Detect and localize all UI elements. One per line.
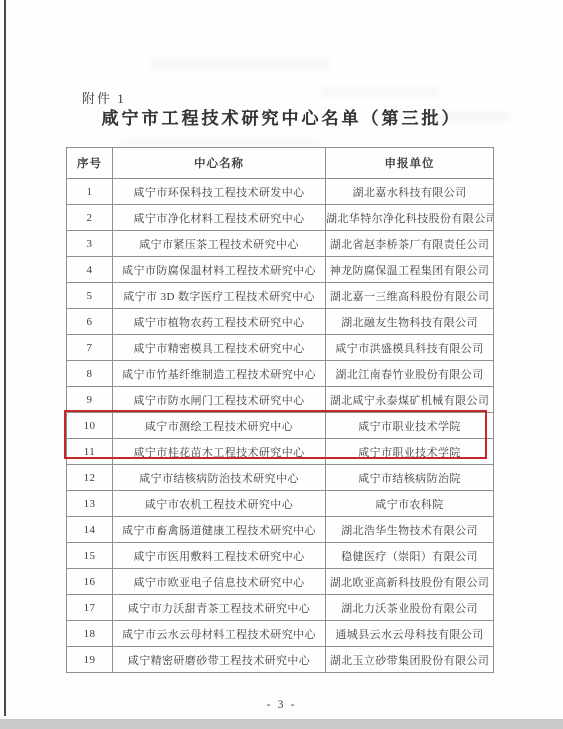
applicant-name-cell: 通城县云水云母科技有限公司 [326, 621, 494, 647]
centers-table: 序号 中心名称 申报单位 1咸宁市环保科技工程技术研发中心湖北嘉水科技有限公司2… [66, 147, 494, 673]
table-row: 13咸宁市农机工程技术研究中心咸宁市农科院 [67, 491, 494, 517]
row-number: 2 [67, 205, 113, 231]
applicant-name-cell: 湖北嘉水科技有限公司 [326, 179, 494, 205]
center-name-cell: 咸宁市环保科技工程技术研发中心 [113, 179, 326, 205]
scan-artifact [320, 88, 440, 96]
column-header-applicant: 申报单位 [326, 148, 494, 179]
applicant-name-cell: 咸宁市农科院 [326, 491, 494, 517]
table-row: 2咸宁市净化材料工程技术研究中心湖北华特尔净化科技股份有限公司 [67, 205, 494, 231]
row-number: 17 [67, 595, 113, 621]
table-row: 18咸宁市云水云母材料工程技术研究中心通城县云水云母科技有限公司 [67, 621, 494, 647]
row-number: 6 [67, 309, 113, 335]
row-number: 14 [67, 517, 113, 543]
column-header-center: 中心名称 [113, 148, 326, 179]
table-row: 9咸宁市防水闸门工程技术研究中心湖北咸宁永泰煤矿机械有限公司 [67, 387, 494, 413]
applicant-name-cell: 咸宁市结核病防治院 [326, 465, 494, 491]
center-name-cell: 咸宁市测绘工程技术研究中心 [113, 413, 326, 439]
row-number: 1 [67, 179, 113, 205]
row-number: 11 [67, 439, 113, 465]
table-row: 3咸宁市紧压茶工程技术研究中心湖北省赵李桥茶厂有限责任公司 [67, 231, 494, 257]
table-row: 12咸宁市结核病防治技术研究中心咸宁市结核病防治院 [67, 465, 494, 491]
applicant-name-cell: 咸宁市职业技术学院 [326, 439, 494, 465]
center-name-cell: 咸宁市结核病防治技术研究中心 [113, 465, 326, 491]
row-number: 4 [67, 257, 113, 283]
center-name-cell: 咸宁市医用敷料工程技术研究中心 [113, 543, 326, 569]
scan-artifact [120, 140, 320, 146]
scanned-document-page: 附件 1 咸宁市工程技术研究中心名单（第三批） 序号 中心名称 申报单位 1咸宁… [0, 0, 563, 729]
center-name-cell: 咸宁市欧亚电子信息技术研究中心 [113, 569, 326, 595]
applicant-name-cell: 湖北嘉一三维高科股份有限公司 [326, 283, 494, 309]
center-name-cell: 咸宁市精密模具工程技术研究中心 [113, 335, 326, 361]
center-name-cell: 咸宁市防腐保温材料工程技术研究中心 [113, 257, 326, 283]
center-name-cell: 咸宁市紧压茶工程技术研究中心 [113, 231, 326, 257]
row-number: 8 [67, 361, 113, 387]
table-row: 7咸宁市精密模具工程技术研究中心咸宁市洪盛模具科技有限公司 [67, 335, 494, 361]
applicant-name-cell: 咸宁市职业技术学院 [326, 413, 494, 439]
center-name-cell: 咸宁市畜禽肠道健康工程技术研究中心 [113, 517, 326, 543]
center-name-cell: 咸宁市净化材料工程技术研究中心 [113, 205, 326, 231]
table-header: 序号 中心名称 申报单位 [67, 148, 494, 179]
row-number: 15 [67, 543, 113, 569]
applicant-name-cell: 湖北玉立砂带集团股份有限公司 [326, 647, 494, 673]
applicant-name-cell: 湖北力沃茶业股份有限公司 [326, 595, 494, 621]
table-row: 14咸宁市畜禽肠道健康工程技术研究中心湖北浩华生物技术有限公司 [67, 517, 494, 543]
row-number: 5 [67, 283, 113, 309]
applicant-name-cell: 湖北江南春竹业股份有限公司 [326, 361, 494, 387]
row-number: 16 [67, 569, 113, 595]
row-number: 12 [67, 465, 113, 491]
table-row: 16咸宁市欧亚电子信息技术研究中心湖北欧亚高新科技股份有限公司 [67, 569, 494, 595]
table-row: 11咸宁市桂花苗木工程技术研究中心咸宁市职业技术学院 [67, 439, 494, 465]
table-row: 19咸宁精密研磨砂带工程技术研究中心湖北玉立砂带集团股份有限公司 [67, 647, 494, 673]
table-row: 17咸宁市力沃甜青茶工程技术研究中心湖北力沃茶业股份有限公司 [67, 595, 494, 621]
applicant-name-cell: 湖北咸宁永泰煤矿机械有限公司 [326, 387, 494, 413]
table-row: 10咸宁市测绘工程技术研究中心咸宁市职业技术学院 [67, 413, 494, 439]
row-number: 19 [67, 647, 113, 673]
row-number: 18 [67, 621, 113, 647]
center-name-cell: 咸宁市云水云母材料工程技术研究中心 [113, 621, 326, 647]
centers-table-container: 序号 中心名称 申报单位 1咸宁市环保科技工程技术研发中心湖北嘉水科技有限公司2… [66, 147, 493, 673]
center-name-cell: 咸宁市竹基纤维制造工程技术研究中心 [113, 361, 326, 387]
row-number: 7 [67, 335, 113, 361]
column-header-no: 序号 [67, 148, 113, 179]
page-number: - 3 - [0, 697, 563, 712]
center-name-cell: 咸宁市力沃甜青茶工程技术研究中心 [113, 595, 326, 621]
applicant-name-cell: 湖北省赵李桥茶厂有限责任公司 [326, 231, 494, 257]
row-number: 10 [67, 413, 113, 439]
header-row: 序号 中心名称 申报单位 [67, 148, 494, 179]
center-name-cell: 咸宁市植物农药工程技术研究中心 [113, 309, 326, 335]
applicant-name-cell: 湖北华特尔净化科技股份有限公司 [326, 205, 494, 231]
table-body: 1咸宁市环保科技工程技术研发中心湖北嘉水科技有限公司2咸宁市净化材料工程技术研究… [67, 179, 494, 673]
table-row: 6咸宁市植物农药工程技术研究中心湖北融友生物科技有限公司 [67, 309, 494, 335]
scan-bottom-band [0, 719, 563, 729]
center-name-cell: 咸宁市防水闸门工程技术研究中心 [113, 387, 326, 413]
center-name-cell: 咸宁市农机工程技术研究中心 [113, 491, 326, 517]
row-number: 13 [67, 491, 113, 517]
row-number: 9 [67, 387, 113, 413]
table-row: 4咸宁市防腐保温材料工程技术研究中心神龙防腐保温工程集团有限公司 [67, 257, 494, 283]
center-name-cell: 咸宁市桂花苗木工程技术研究中心 [113, 439, 326, 465]
applicant-name-cell: 咸宁市洪盛模具科技有限公司 [326, 335, 494, 361]
center-name-cell: 咸宁精密研磨砂带工程技术研究中心 [113, 647, 326, 673]
applicant-name-cell: 神龙防腐保温工程集团有限公司 [326, 257, 494, 283]
document-title: 咸宁市工程技术研究中心名单（第三批） [0, 104, 563, 129]
applicant-name-cell: 稳健医疗（崇阳）有限公司 [326, 543, 494, 569]
table-row: 15咸宁市医用敷料工程技术研究中心稳健医疗（崇阳）有限公司 [67, 543, 494, 569]
table-row: 8咸宁市竹基纤维制造工程技术研究中心湖北江南春竹业股份有限公司 [67, 361, 494, 387]
applicant-name-cell: 湖北融友生物科技有限公司 [326, 309, 494, 335]
table-row: 1咸宁市环保科技工程技术研发中心湖北嘉水科技有限公司 [67, 179, 494, 205]
scan-artifact [150, 58, 330, 68]
applicant-name-cell: 湖北欧亚高新科技股份有限公司 [326, 569, 494, 595]
applicant-name-cell: 湖北浩华生物技术有限公司 [326, 517, 494, 543]
center-name-cell: 咸宁市 3D 数字医疗工程技术研究中心 [113, 283, 326, 309]
table-row: 5咸宁市 3D 数字医疗工程技术研究中心湖北嘉一三维高科股份有限公司 [67, 283, 494, 309]
row-number: 3 [67, 231, 113, 257]
